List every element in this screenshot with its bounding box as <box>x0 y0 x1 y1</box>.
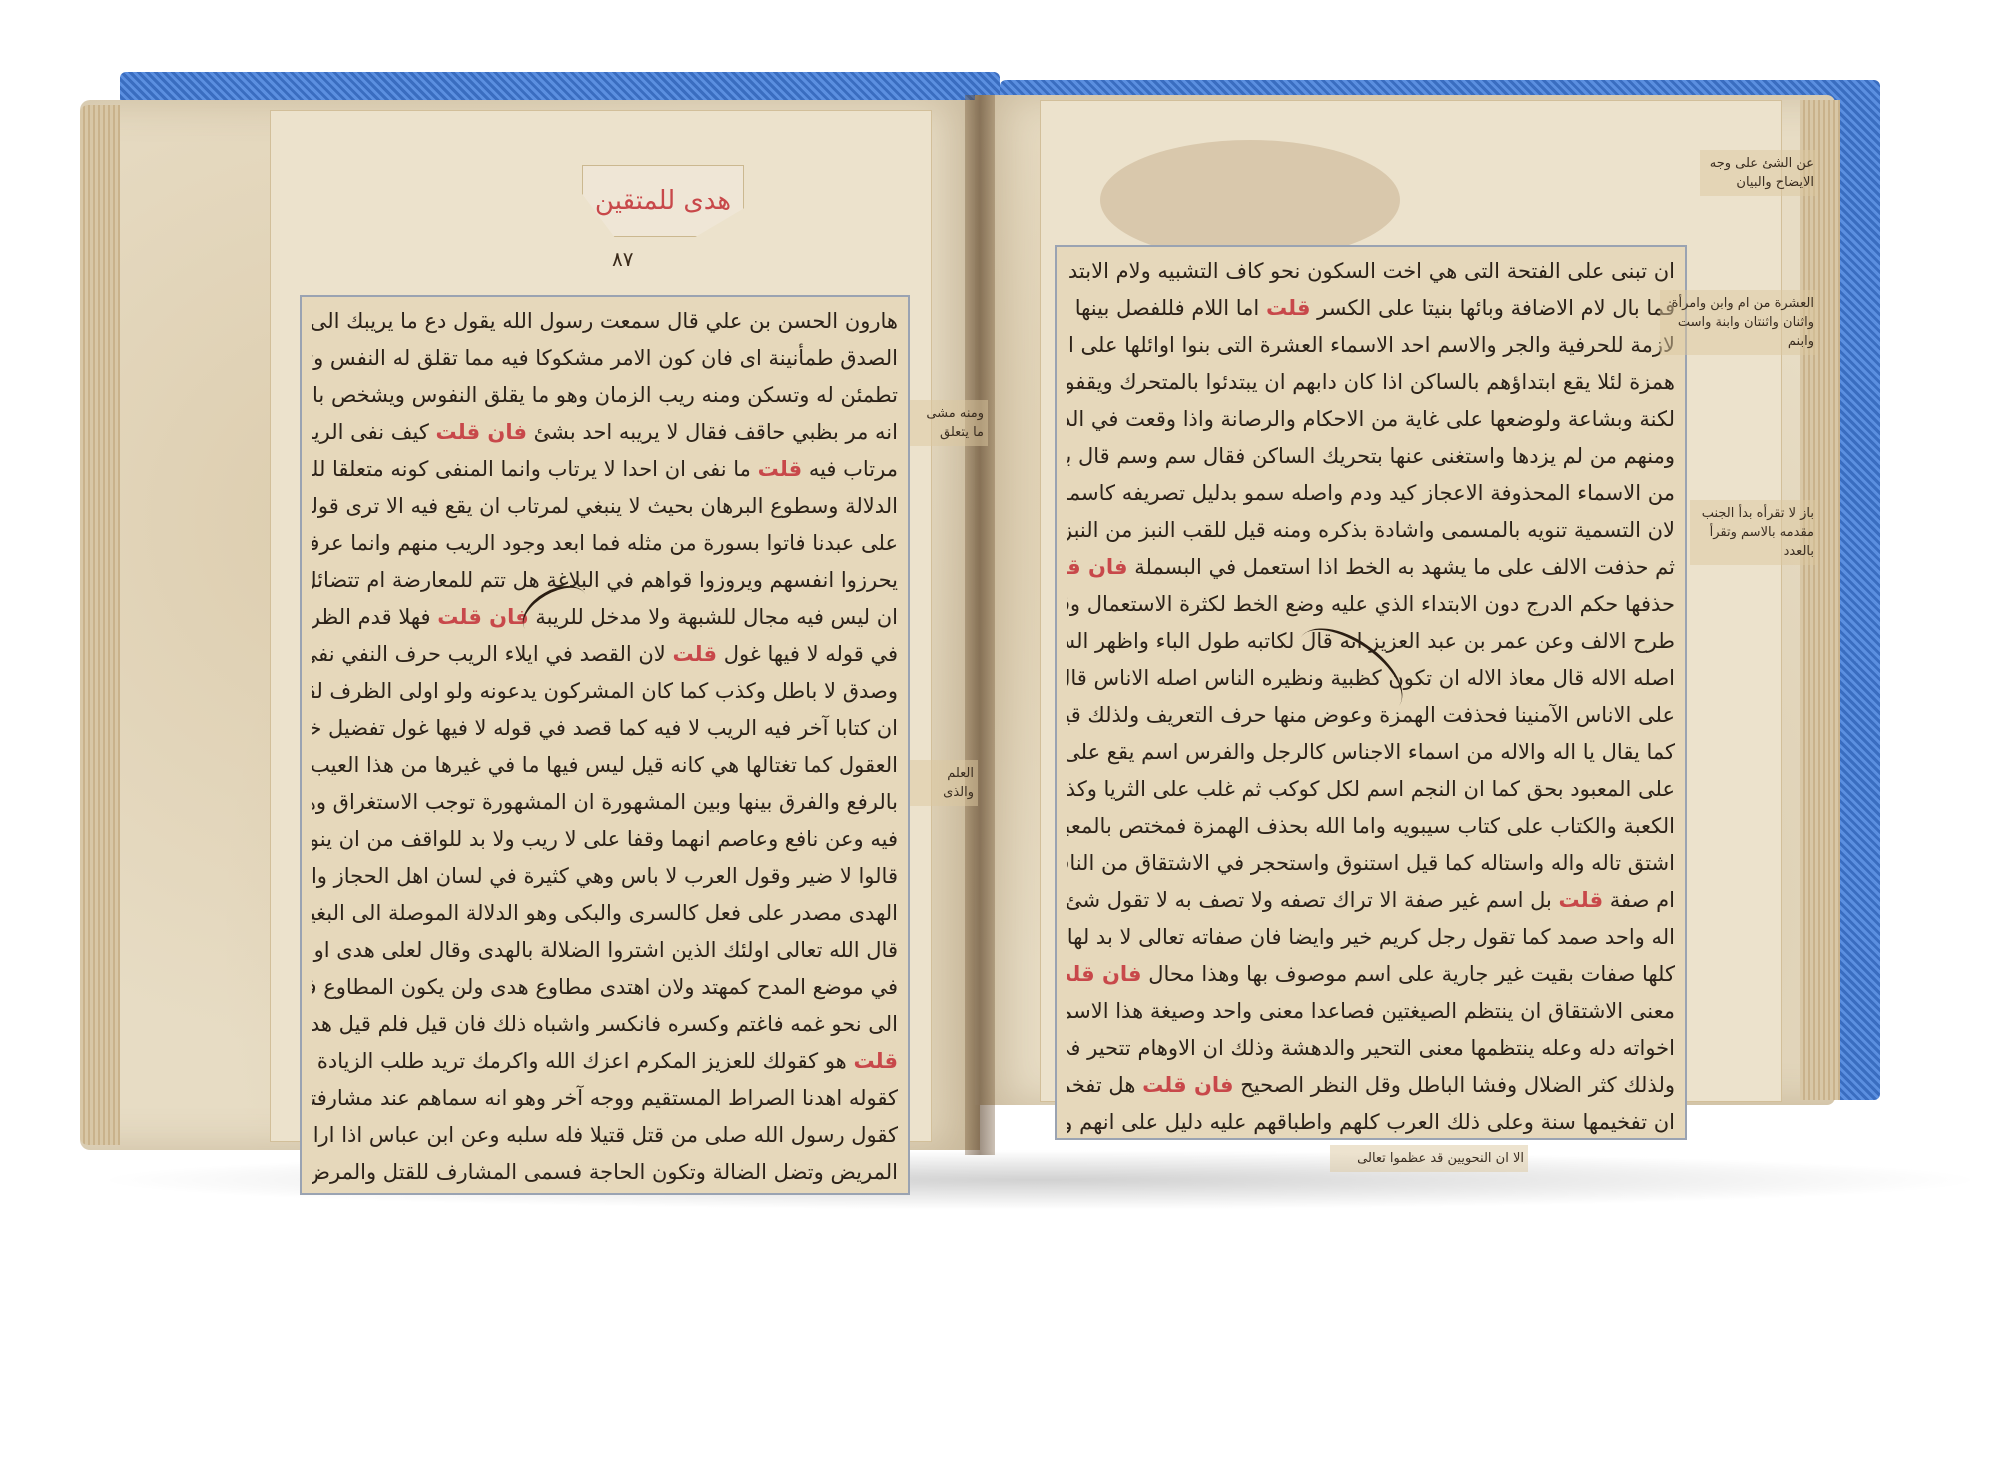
text-line: لكنة وبشاعة ولوضعها على غاية من الاحكام … <box>1067 401 1675 438</box>
margin-note-right-low: باز لا تقرأه بدأ الجنب مقدمه بالاسم وتقر… <box>1690 500 1818 565</box>
text-line: ومنهم من لم يزدها واستغنى عنها بتحريك ال… <box>1067 438 1675 475</box>
text-line: يحرزوا انفسهم ويروزوا قواهم في البلاغة ه… <box>312 562 898 599</box>
text-line: معنى الاشتقاق ان ينتظم الصيغتين فصاعدا م… <box>1067 993 1675 1030</box>
text-line: الكعبة والكتاب على كتاب سيبويه واما الله… <box>1067 808 1675 845</box>
text-line: كما يقال يا اله والاله من اسماء الاجناس … <box>1067 734 1675 771</box>
text-line: كقوله اهدنا الصراط المستقيم ووجه آخر وهو… <box>312 1080 898 1117</box>
text-line: في قوله لا فيها غول قلت لان القصد في ايل… <box>312 636 898 673</box>
text-line: بالرفع والفرق بينها وبين المشهورة ان الم… <box>312 784 898 821</box>
bottom-margin-slip: الا ان النحويين قد عظموا تعالى <box>1330 1145 1528 1172</box>
water-stain <box>1100 140 1400 260</box>
text-line: اشتق تاله واله واستاله كما قيل استنوق وا… <box>1067 845 1675 882</box>
folio-number: ٨٧ <box>612 247 633 271</box>
text-line: كلها صفات بقيت غير جارية على اسم موصوف ب… <box>1067 956 1675 993</box>
text-line: حذفها حكم الدرج دون الابتداء الذي عليه و… <box>1067 586 1675 623</box>
text-line: المريض وتضل الضالة وتكون الحاجة فسمى الم… <box>312 1154 898 1191</box>
left-page-edges <box>80 105 120 1145</box>
text-line: قلت هو كقولك للعزيز المكرم اعزك الله واك… <box>312 1043 898 1080</box>
text-line: ولذلك كثر الضلال وفشا الباطل وقل النظر ا… <box>1067 1067 1675 1104</box>
margin-note-left-gutter: العلم والذى <box>910 760 978 806</box>
text-line: العقول كما تغتالها هي كانه قيل ليس فيها … <box>312 747 898 784</box>
text-line: وصدق لا باطل وكذب كما كان المشركون يدعون… <box>312 673 898 710</box>
text-line: مرتاب فيه قلت ما نفى ان احدا لا يرتاب وا… <box>312 451 898 488</box>
text-line: على عبدنا فاتوا بسورة من مثله فما ابعد و… <box>312 525 898 562</box>
text-line: كقول رسول الله صلى من قتل قتيلا فله سلبه… <box>312 1117 898 1154</box>
book-gutter <box>965 95 995 1155</box>
right-page-edges <box>1800 100 1840 1100</box>
text-line: هارون الحسن بن علي قال سمعت رسول الله يق… <box>312 303 898 340</box>
text-line: قالوا لا ضير وقول العرب لا باس وهي كثيرة… <box>312 858 898 895</box>
text-line: الهدى مصدر على فعل كالسرى والبكى وهو الد… <box>312 895 898 932</box>
text-line: همزة لئلا يقع ابتداؤهم بالساكن اذا كان د… <box>1067 364 1675 401</box>
text-line: الدلالة وسطوع البرهان بحيث لا ينبغي لمرت… <box>312 488 898 525</box>
text-line: الى نحو غمه فاغتم وكسره فانكسر واشباه ذل… <box>312 1006 898 1043</box>
text-line: على المعبود بحق كما ان النجم اسم لكل كوك… <box>1067 771 1675 808</box>
text-line: ام صفة قلت بل اسم غير صفة الا تراك تصفه … <box>1067 882 1675 919</box>
text-line: فما بال لام الاضافة وبائها بنيتا على الك… <box>1067 290 1675 327</box>
text-line: لان التسمية تنويه بالمسمى واشادة بذكره و… <box>1067 512 1675 549</box>
text-line: الصدق طمأنينة اى فان كون الامر مشكوكا في… <box>312 340 898 377</box>
text-line: ان تفخيمها سنة وعلى ذلك العرب كلهم واطبا… <box>1067 1104 1675 1141</box>
margin-note-right-mid: العشرة من ام وابن وامرأة واثنان واثنتان … <box>1660 290 1818 355</box>
text-line: ان ليس فيه مجال للشبهة ولا مدخل للريبة ف… <box>312 599 898 636</box>
margin-note-right-top: عن الشئ على وجه الايضاح والبيان <box>1700 150 1818 196</box>
text-line: لازمة للحرفية والجر والاسم احد الاسماء ا… <box>1067 327 1675 364</box>
text-line: اله واحد صمد كما تقول رجل كريم خير وايضا… <box>1067 919 1675 956</box>
text-line: من الاسماء المحذوفة الاعجاز كيد ودم واصل… <box>1067 475 1675 512</box>
text-line: ان تبنى على الفتحة التى هي اخت السكون نح… <box>1067 253 1675 290</box>
text-line: في موضع المدح كمهتد ولان اهتدى مطاوع هدى… <box>312 969 898 1006</box>
text-line: قال الله تعالى اولئك الذين اشتروا الضلال… <box>312 932 898 969</box>
text-line: انه مر بظبي حاقف فقال لا يريبه احد بشئ ف… <box>312 414 898 451</box>
left-text-block: هارون الحسن بن علي قال سمعت رسول الله يق… <box>300 295 910 1195</box>
text-line: ان كتابا آخر فيه الريب لا فيه كما قصد في… <box>312 710 898 747</box>
text-line: ثم حذفت الالف على ما يشهد به الخط اذا اس… <box>1067 549 1675 586</box>
text-line: تطمئن له وتسكن ومنه ريب الزمان وهو ما يق… <box>312 377 898 414</box>
title-label-text: هدى للمتقين <box>595 186 731 216</box>
text-line: اخواته دله وعله ينتظمها معنى التحير والد… <box>1067 1030 1675 1067</box>
text-line: فيه وعن نافع وعاصم انهما وقفا على لا ريب… <box>312 821 898 858</box>
margin-note-left-gutter: ومنه مشى ما يتعلق <box>910 400 988 446</box>
